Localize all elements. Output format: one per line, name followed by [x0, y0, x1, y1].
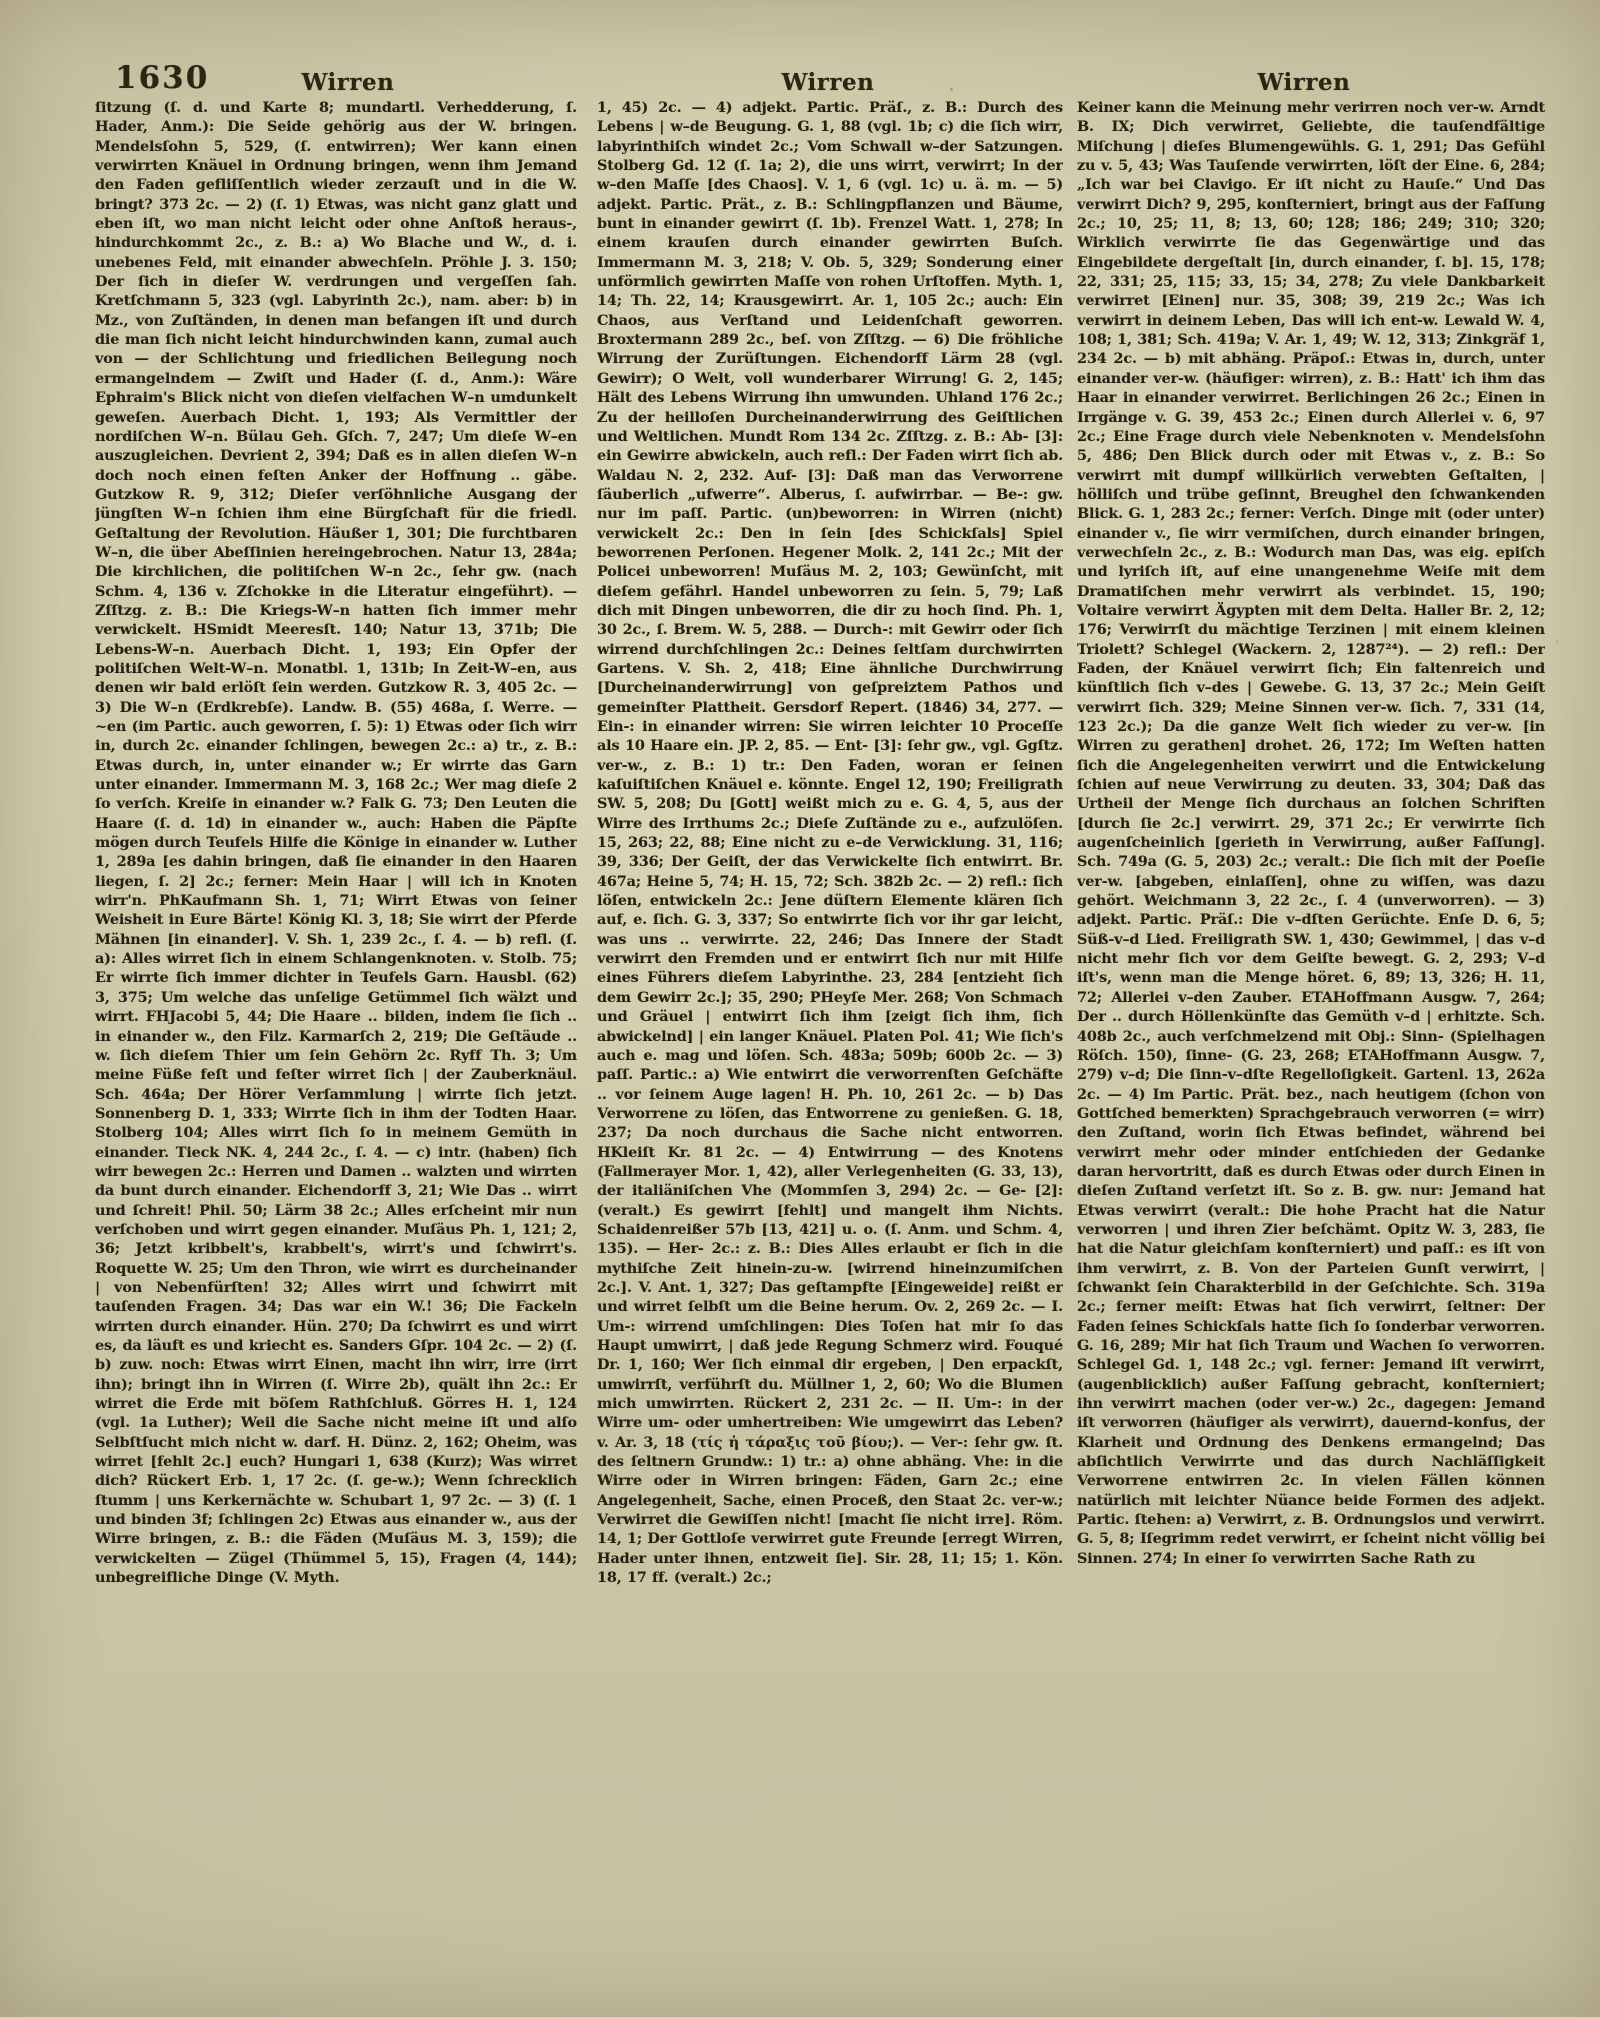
page-number: 1630	[115, 60, 209, 96]
running-head-column-3: Wirren	[1194, 69, 1414, 96]
running-head-column-1: Wirren	[238, 69, 458, 96]
paper-speck	[746, 1512, 748, 1514]
text-column-2: 1, 45) 2c. — 4) adjekt. Partic. Präſ., z…	[597, 98, 1063, 1900]
paper-speck	[950, 88, 953, 91]
scanned-dictionary-page: 1630 Wirren Wirren Wirren ſitzung (ſ. d.…	[0, 0, 1600, 2017]
paper-speck	[1556, 640, 1558, 643]
text-column-3: Keiner kann die Meinung mehr verirren no…	[1077, 98, 1545, 1900]
running-head-column-2: Wirren	[718, 69, 938, 96]
text-column-1: ſitzung (ſ. d. und Karte 8; mundartl. Ve…	[95, 98, 577, 1900]
